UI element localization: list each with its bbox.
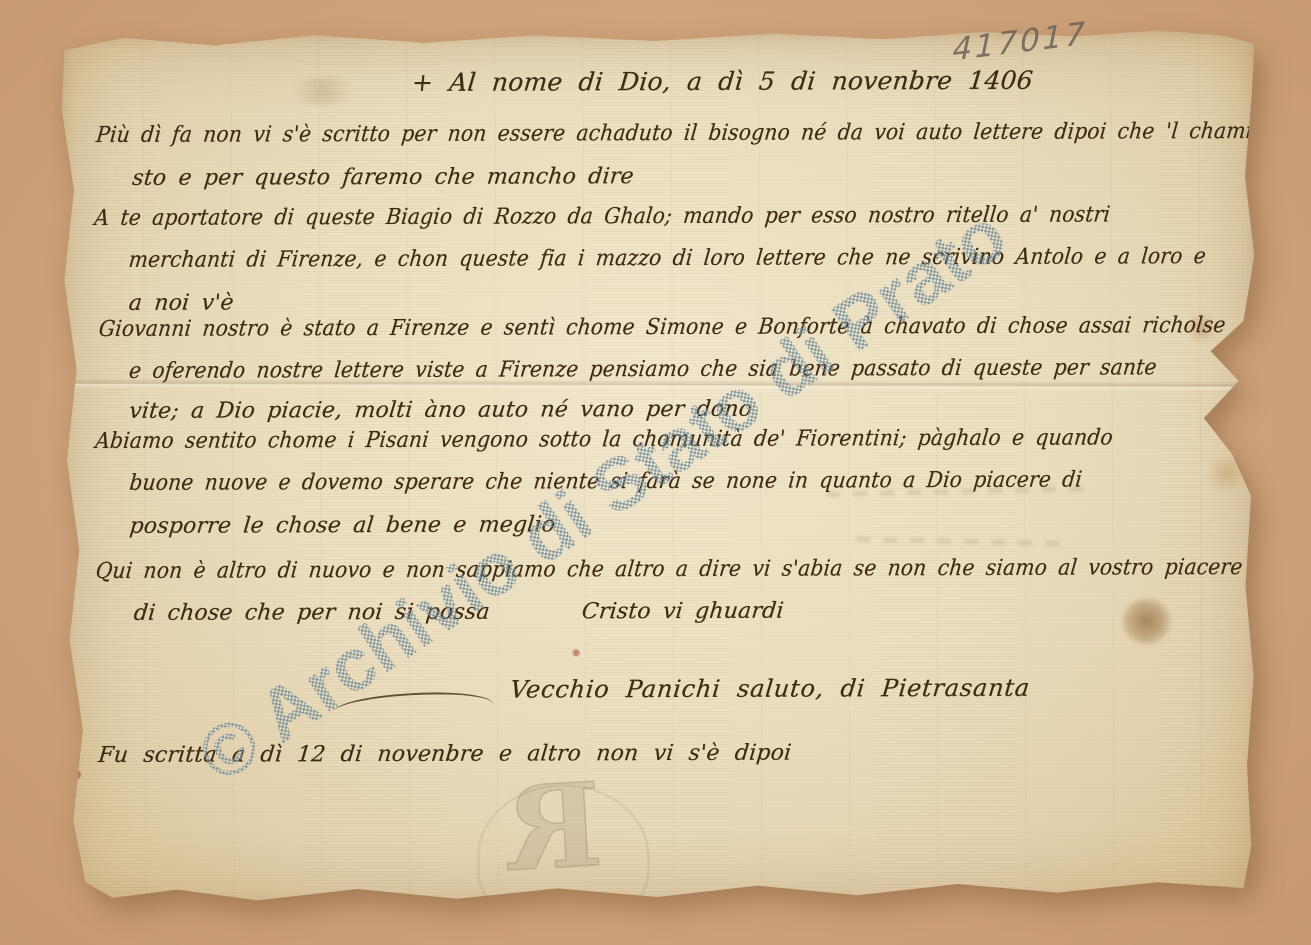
manuscript-line: sto e per questo faremo che mancho dire bbox=[131, 165, 635, 191]
ink-stain bbox=[1120, 598, 1172, 644]
invocation-dateline: + Al nome di Dio, a dì 5 di novenbre 140… bbox=[411, 67, 1035, 97]
red-spot bbox=[72, 770, 81, 779]
papermaker-watermark-letter: R bbox=[503, 768, 605, 888]
manuscript-line: merchanti di Firenze, e chon queste fia … bbox=[127, 245, 1207, 273]
ink-show-through bbox=[856, 537, 1066, 547]
manuscript-line: e oferendo nostre lettere viste a Firenz… bbox=[128, 356, 1158, 384]
archive-copyright-watermark: © Archivio di Stato di Prato bbox=[185, 194, 1021, 798]
foxing-spot bbox=[1205, 453, 1249, 493]
signature-line: Vecchio Panichi saluto, di Pietrasanta bbox=[509, 675, 1031, 703]
red-spot bbox=[573, 649, 580, 656]
scanned-letter-scene: R + Al nome di Dio, a dì 5 di novenbre 1… bbox=[0, 0, 1311, 945]
manuscript-sheet: R + Al nome di Dio, a dì 5 di novenbre 1… bbox=[54, 26, 1263, 912]
manuscript-sheet-wrapper: R + Al nome di Dio, a dì 5 di novenbre 1… bbox=[56, 28, 1262, 910]
manuscript-line: a noi v'è bbox=[127, 291, 234, 316]
manuscript-line: Più dì fa non vi s'è scritto per non ess… bbox=[95, 120, 1311, 149]
manuscript-line: Giovanni nostro è stato a Firenze e sent… bbox=[98, 314, 1227, 342]
valediction: Cristo vi ghuardi bbox=[581, 600, 785, 625]
smudge bbox=[283, 77, 363, 105]
manuscript-line: Qui non è altro di nuovo e non sappiamo … bbox=[94, 556, 1243, 584]
